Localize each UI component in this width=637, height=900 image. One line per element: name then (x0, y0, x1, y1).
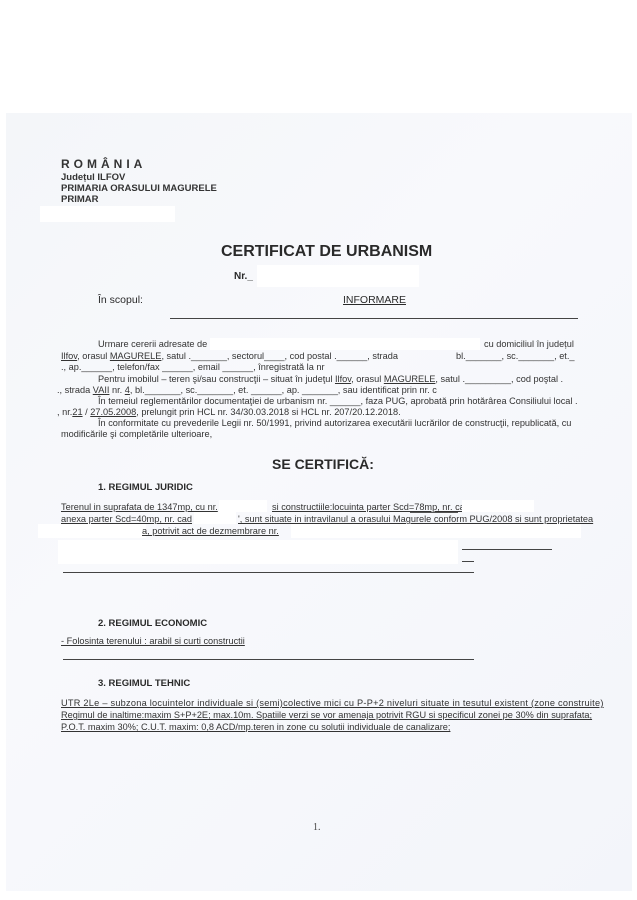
purpose-label: În scopul: (98, 294, 143, 306)
juridic-rule-1 (462, 549, 552, 550)
intro-line-3: ., ap.______, telefon/fax ______, email … (61, 362, 325, 373)
property-street: VAII (93, 385, 110, 395)
section-economic-heading: 2. REGIMUL ECONOMIC (98, 618, 207, 629)
intro-line-5: ., strada VAII nr. 4, bl._______, sc.___… (57, 385, 437, 396)
header-institution: PRIMARIA ORASULUI MAGURELE (61, 183, 217, 194)
intro-line-1b: cu domiciliul în județul (484, 339, 574, 350)
intro-line-9: modificările şi completările ulterioare, (61, 429, 212, 440)
intro-line-7a: , nr. (57, 407, 72, 417)
redacted-applicant (210, 338, 480, 350)
economic-line-1: - Folosinta terenului : arabil si curti … (61, 636, 245, 647)
redacted-cad-2 (194, 512, 236, 524)
redacted-cad-1 (462, 500, 534, 512)
intro-line-5c: nr. (109, 385, 124, 395)
intro-line-5e: , bl._______, sc._______, et. ______, ap… (130, 385, 437, 395)
intro-line-4: Pentru imobilul – teren şi/sau construcţ… (98, 374, 563, 385)
intro-line-7: , nr.21 / 27.05.2008, prelungit prin HCL… (57, 407, 401, 418)
header-country: ROMÂNIA (61, 157, 146, 171)
section-tehnic-heading: 3. REGIMUL TEHNIC (98, 678, 190, 689)
intro-line-4a: Pentru imobilul – teren şi/sau construcţ… (98, 374, 335, 384)
redacted-owner-2 (58, 540, 458, 564)
intro-line-7e: , prelungit prin HCL nr. 34/30.03.2018 s… (136, 407, 400, 417)
certificate-number-label: Nr._ (234, 271, 253, 282)
redacted-owner-1 (38, 524, 146, 538)
juridic-cad-rule (410, 512, 458, 513)
redacted-deed-number (291, 524, 581, 538)
intro-line-1a: Urmare cererii adresate de (98, 339, 207, 350)
header-role: PRIMAR (61, 194, 98, 205)
juridic-rule-3 (63, 572, 474, 573)
intro-line-4e: , satul ._________, cod poştal . (435, 374, 563, 384)
pug-decision-date: 27.05.2008 (90, 407, 136, 417)
intro-line-6: În temeiul reglementărilor documentaţiei… (98, 396, 578, 407)
economic-rule (63, 659, 474, 660)
tehnic-line-1: UTR 2Le – subzona locuintelor individual… (61, 698, 604, 709)
property-city: MAGURELE (384, 374, 436, 384)
intro-line-2: Ilfov, orasul MAGURELE, satul ._______, … (61, 351, 398, 362)
tehnic-line-2: Regimul de inaltime:maxim S+P+2E; max.10… (61, 710, 592, 721)
county-ilfov: Ilfov (61, 351, 77, 361)
header-county: Județul ILFOV (61, 172, 125, 183)
pug-decision-number: 21 (72, 407, 82, 417)
juridic-rule-2 (462, 561, 474, 562)
intro-line-4c: , orasul (351, 374, 384, 384)
city-magurele: MAGURELE (110, 351, 162, 361)
intro-line-2b: , orasul (77, 351, 110, 361)
se-certifica-heading: SE CERTIFICĂ: (272, 456, 374, 472)
purpose-rule (170, 318, 578, 319)
section-juridic-heading: 1. REGIMUL JURIDIC (98, 482, 193, 493)
page-number: 1. (313, 822, 321, 833)
property-county: Ilfov (335, 374, 351, 384)
redacted-land-number (219, 500, 267, 512)
redacted-certificate-number (257, 265, 419, 287)
tehnic-line-3: P.O.T. maxim 30%; C.U.T. maxim: 0,8 ACD/… (61, 722, 450, 733)
intro-line-8: În conformitate cu prevederile Legii nr.… (98, 418, 571, 429)
redacted-signatory (40, 206, 175, 222)
juridic-line-3: a, potrivit act de dezmembrare nr. (142, 526, 279, 537)
intro-line-2e: bl._______, sc._______, et._ (456, 351, 575, 362)
purpose-value: INFORMARE (343, 294, 406, 306)
intro-line-5a: ., strada (57, 385, 93, 395)
intro-line-2d: , satul ._______, sectorul____, cod post… (161, 351, 398, 361)
document-title: CERTIFICAT DE URBANISM (221, 243, 432, 261)
